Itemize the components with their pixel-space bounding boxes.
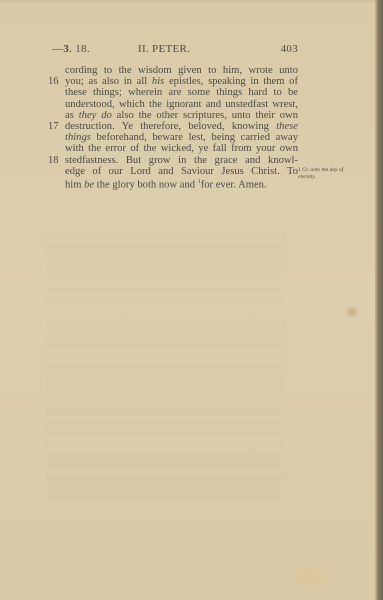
text-line: 16you; as also in all his epistles, spea…: [65, 76, 298, 87]
text-line: him be the glory both now and 1for ever.…: [65, 177, 298, 188]
verse-number: 16: [48, 76, 59, 87]
text-segment: beforehand, beware lest, being carried a…: [91, 132, 298, 143]
text-segment: understood, which the ignorant and unste…: [65, 99, 298, 110]
text-segment: things: [65, 132, 91, 143]
text-segment: the glory both now and: [94, 179, 198, 190]
text-line: things beforehand, beware lest, being ca…: [65, 132, 298, 143]
verse-number: 17: [48, 121, 59, 132]
text-segment: for ever. Amen.: [201, 179, 267, 190]
marginal-footnote: 1 Gr. unto the day of eternity.: [298, 167, 360, 180]
text-segment: with the error of the wicked, ye fall fr…: [65, 143, 298, 154]
text-segment: him: [65, 179, 84, 190]
show-through-text: [45, 230, 285, 500]
text-segment: these things; wherein are some things ha…: [65, 87, 298, 98]
book-page: —3. 18. II. PETER. 403 cording to the wi…: [0, 0, 375, 600]
page-edge: [375, 0, 383, 600]
text-segment: also the other scriptures, unto their ow…: [112, 110, 298, 121]
text-line: with the error of the wicked, ye fall fr…: [65, 143, 298, 154]
text-segment: stedfastness. But grow in the grace and …: [65, 155, 298, 166]
page-top-shadow: [0, 0, 375, 4]
text-segment: they do: [79, 110, 112, 121]
paper-stain: [345, 305, 359, 319]
paper-stain-lower: [290, 565, 330, 590]
running-header: —3. 18. II. PETER. 403: [52, 43, 298, 57]
verse-number: 18: [48, 155, 59, 166]
text-line: edge of our Lord and Saviour Jesus Chris…: [65, 166, 298, 177]
text-segment: edge of our Lord and Saviour Jesus Chris…: [65, 166, 298, 177]
footnote-text: Gr. unto the day of eternity.: [298, 167, 343, 180]
text-segment: destruction. Ye therefore, beloved, know…: [65, 121, 276, 132]
text-segment: these: [276, 121, 298, 132]
text-line: 17destruction. Ye therefore, beloved, kn…: [65, 121, 298, 132]
text-segment: his: [152, 76, 164, 87]
text-line: these things; wherein are some things ha…: [65, 87, 298, 98]
text-line: understood, which the ignorant and unste…: [65, 99, 298, 110]
text-segment: as: [65, 110, 79, 121]
scripture-text: cording to the wisdom given to him, wrot…: [65, 65, 298, 188]
text-segment: you; as also in all: [65, 76, 152, 87]
text-segment: be: [84, 179, 94, 190]
chapter-verse-ref: —3. 18.: [52, 43, 90, 55]
text-segment: cording to the wisdom given to him, wrot…: [65, 65, 298, 76]
page-number: 403: [281, 43, 298, 55]
text-segment: epistles, speaking in them of: [164, 76, 298, 87]
book-title: II. PETER.: [138, 43, 190, 55]
text-line: 18stedfastness. But grow in the grace an…: [65, 155, 298, 166]
text-line: as they do also the other scriptures, un…: [65, 110, 298, 121]
text-line: cording to the wisdom given to him, wrot…: [65, 65, 298, 76]
footnote-number: 1: [298, 167, 301, 173]
